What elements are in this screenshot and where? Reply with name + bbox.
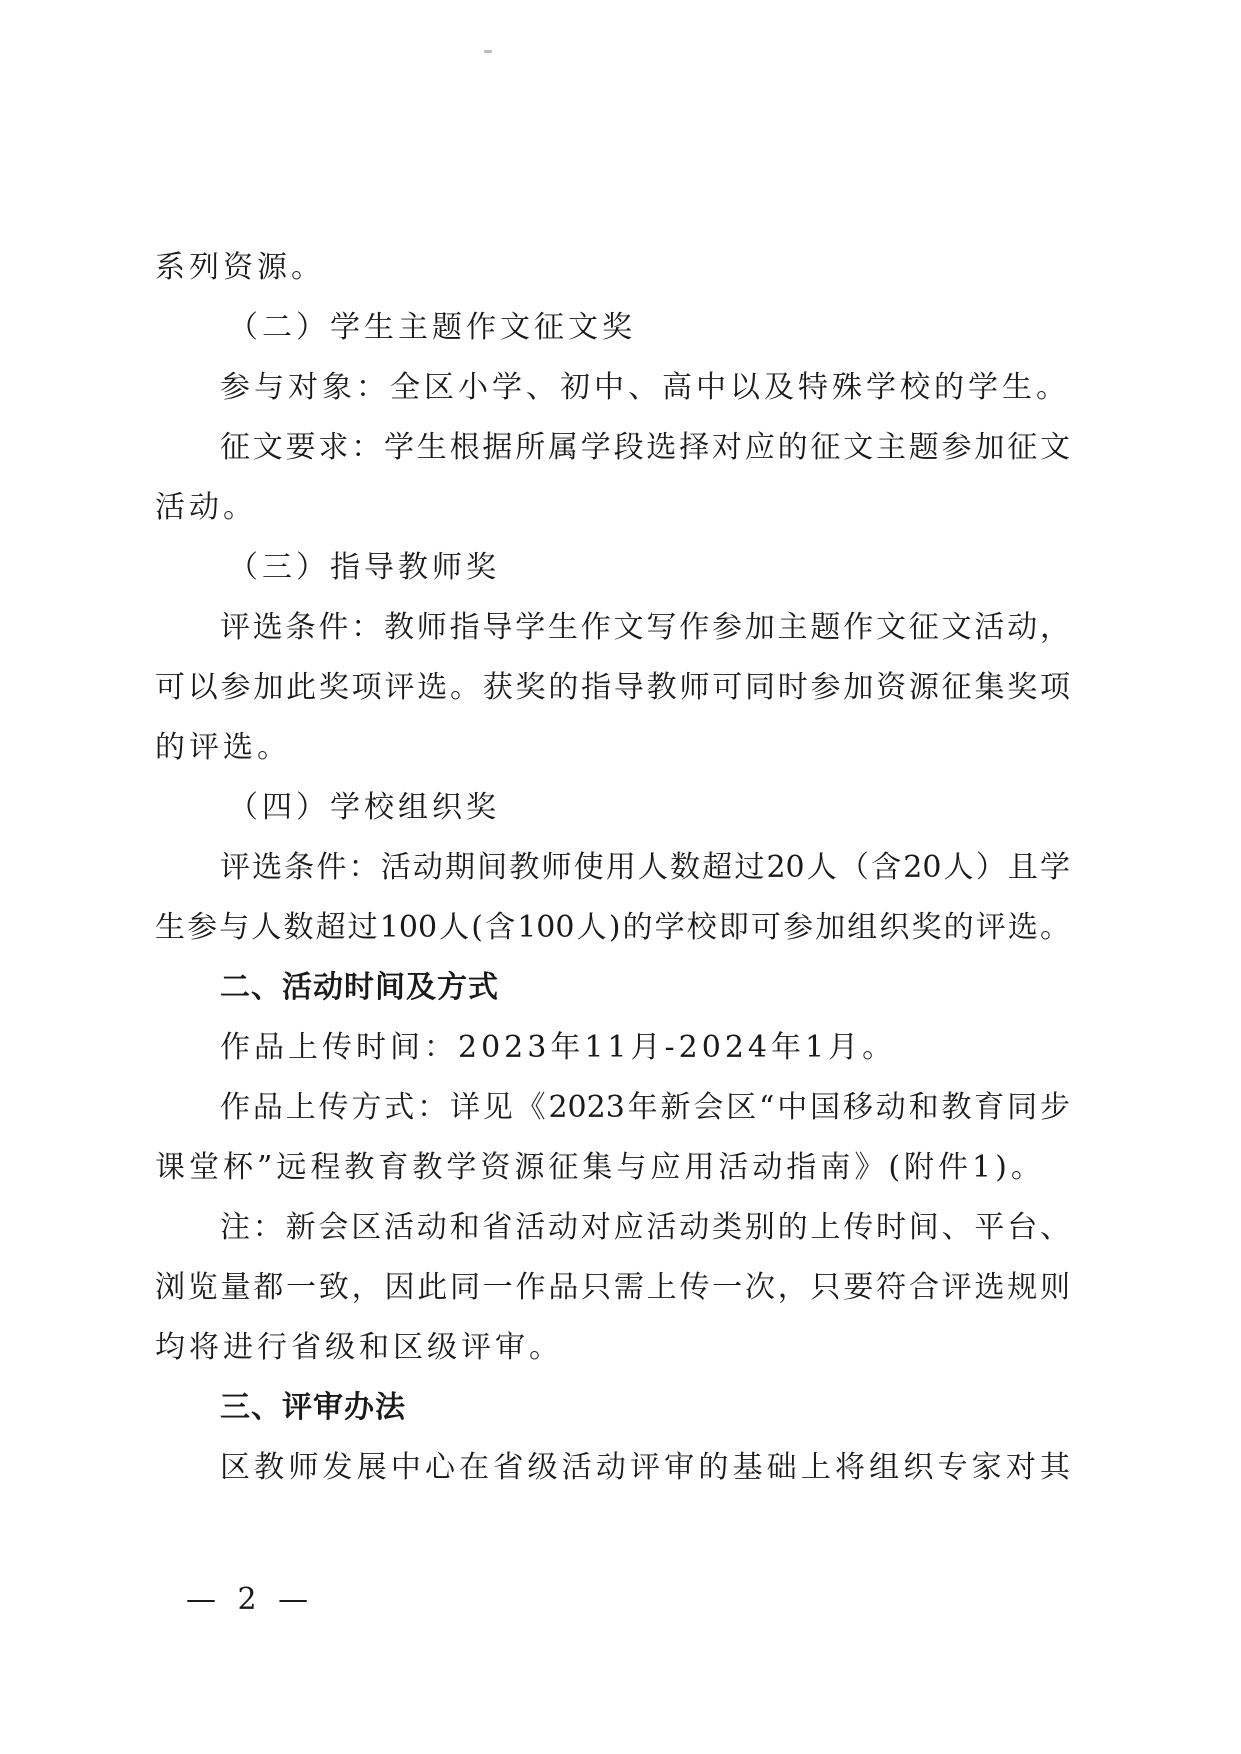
subheading-student-essay-award: （二）学生主题作文征文奖 — [228, 308, 636, 348]
paragraph-participants: 参与对象：全区小学、初中、高中以及特殊学校的学生。 — [220, 368, 1070, 408]
text-line-series-resources: 系列资源。 — [155, 248, 325, 288]
paragraph-review-method: 区教师发展中心在省级活动评审的基础上将组织专家对其 — [220, 1448, 1070, 1488]
paragraph-upload-method: 作品上传方式：详见《2023年新会区“中国移动和教育同步 — [220, 1088, 1070, 1128]
paragraph-essay-requirements: 征文要求：学生根据所属学段选择对应的征文主题参加征文 — [220, 428, 1070, 468]
document-page: 系列资源。 （二）学生主题作文征文奖 参与对象：全区小学、初中、高中以及特殊学校… — [0, 0, 1241, 1754]
text-line-school-criteria-cont: 生参与人数超过100人(含100人)的学校即可参加组织奖的评选。 — [155, 908, 1070, 948]
paragraph-school-criteria: 评选条件：活动期间教师使用人数超过20人（含20人）且学 — [220, 848, 1070, 888]
text-line-note-cont: 浏览量都一致，因此同一作品只需上传一次，只要符合评选规则 — [155, 1268, 1070, 1308]
text-line-instructor-criteria-end: 的评选。 — [155, 728, 291, 768]
heading-time-and-method: 二、活动时间及方式 — [220, 968, 499, 1008]
subheading-instructor-award: （三）指导教师奖 — [228, 548, 500, 588]
paragraph-upload-time: 作品上传时间：2023年11月-2024年1月。 — [220, 1028, 896, 1068]
text-line-instructor-criteria-cont: 可以参加此奖项评选。获奖的指导教师可同时参加资源征集奖项 — [155, 668, 1070, 708]
text-line-activity: 活动。 — [155, 488, 257, 528]
subheading-school-organization-award: （四）学校组织奖 — [228, 788, 500, 828]
page-number: — 2 — — [186, 1580, 314, 1620]
text-line-note-end: 均将进行省级和区级评审。 — [155, 1328, 563, 1368]
text-line-upload-method-cont: 课堂杯”远程教育教学资源征集与应用活动指南》(附件1)。 — [155, 1148, 1045, 1188]
paragraph-instructor-criteria: 评选条件：教师指导学生作文写作参加主题作文征文活动， — [220, 608, 1070, 648]
paragraph-note: 注：新会区活动和省活动对应活动类别的上传时间、平台、 — [220, 1208, 1070, 1248]
heading-review-method: 三、评审办法 — [220, 1388, 406, 1428]
scan-mark — [484, 50, 492, 53]
